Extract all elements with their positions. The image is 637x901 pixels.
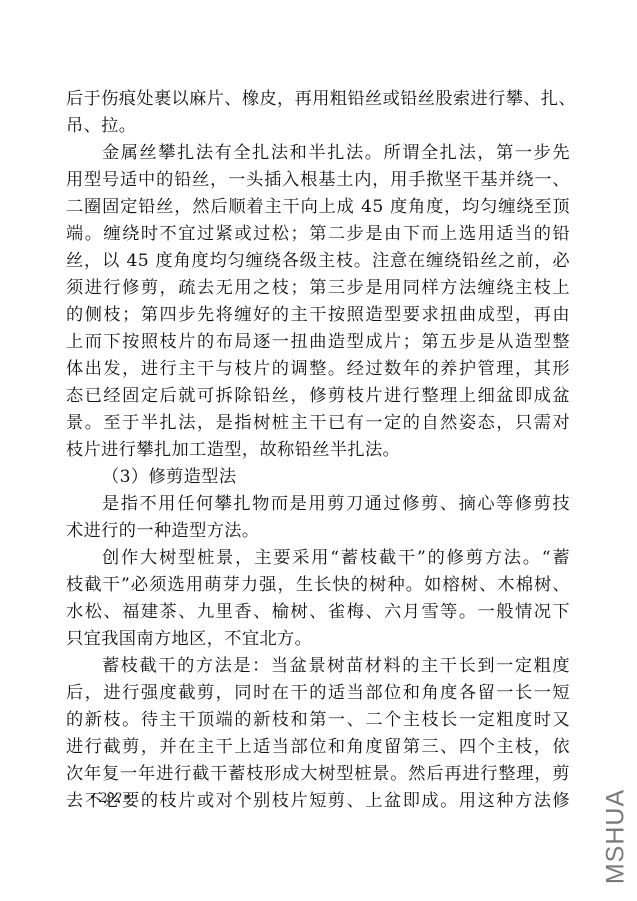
text-line: 态已经固定后就可拆除铅丝，修剪枝片进行整理上细盆即成盆 [66,383,570,410]
text-line: 是指不用任何攀扎物而是用剪刀通过修剪、摘心等修剪技 [66,491,570,518]
text-line: 去不必要的枝片或对个别枝片短剪、上盆即成。用这种方法修 [66,788,570,815]
page-number: • 292 • [90,790,131,807]
text-line: 体出发，进行主干与枝片的调整。经过数年的养护管理，其形 [66,356,570,383]
text-line: 枝截干”必须选用萌芽力强，生长快的树种。如榕树、木棉树、 [66,572,570,599]
text-line: 的新枝。待主干顶端的新枝和第一、二个主枝长一定粗度时又 [66,707,570,734]
text-line: 端。缠绕时不宜过紧或过松；第二步是由下而上选用适当的铅 [66,221,570,248]
text-line: 后于伤痕处裹以麻片、橡皮，再用粗铅丝或铅丝股索进行攀、扎、 [66,86,570,113]
watermark: MSHUA [602,787,631,887]
text-line: 创作大树型桩景，主要采用“蓄枝截干”的修剪方法。“蓄 [66,545,570,572]
text-line: 上而下按照枝片的布局逐一扭曲造型成片；第五步是从造型整 [66,329,570,356]
text-line: 枝片进行攀扎加工造型，故称铅丝半扎法。 [66,437,570,464]
section-heading: （3）修剪造型法 [66,464,570,491]
text-line: 用型号适中的铅丝，一头插入根基土内，用手揿坚干基并绕一、 [66,167,570,194]
text-line: 只宜我国南方地区，不宜北方。 [66,626,570,653]
page-body: 后于伤痕处裹以麻片、橡皮，再用粗铅丝或铅丝股索进行攀、扎、 吊、拉。 金属丝攀扎… [66,86,570,815]
text-line: 进行截剪，并在主干上适当部位和角度留第三、四个主枝，依 [66,734,570,761]
text-line: 丝，以 45 度角度均匀缠绕各级主枝。注意在缠绕铅丝之前，必 [66,248,570,275]
text-line: 二圈固定铅丝，然后顺着主干向上成 45 度角度，均匀缠绕至顶 [66,194,570,221]
text-line: 吊、拉。 [66,113,570,140]
text-line: 金属丝攀扎法有全扎法和半扎法。所谓全扎法，第一步先 [66,140,570,167]
text-line: 术进行的一种造型方法。 [66,518,570,545]
text-line: 后，进行强度截剪，同时在干的适当部位和角度各留一长一短 [66,680,570,707]
text-line: 景。至于半扎法，是指树桩主干已有一定的自然姿态，只需对 [66,410,570,437]
text-line: 须进行修剪，疏去无用之枝；第三步是用同样方法缠绕主枝上 [66,275,570,302]
text-line: 的侧枝；第四步先将缠好的主干按照造型要求扭曲成型，再由 [66,302,570,329]
text-line: 次年复一年进行截干蓄枝形成大树型桩景。然后再进行整理，剪 [66,761,570,788]
text-line: 蓄枝截干的方法是：当盆景树苗材料的主干长到一定粗度 [66,653,570,680]
text-line: 水松、福建茶、九里香、榆树、雀梅、六月雪等。一般情况下 [66,599,570,626]
